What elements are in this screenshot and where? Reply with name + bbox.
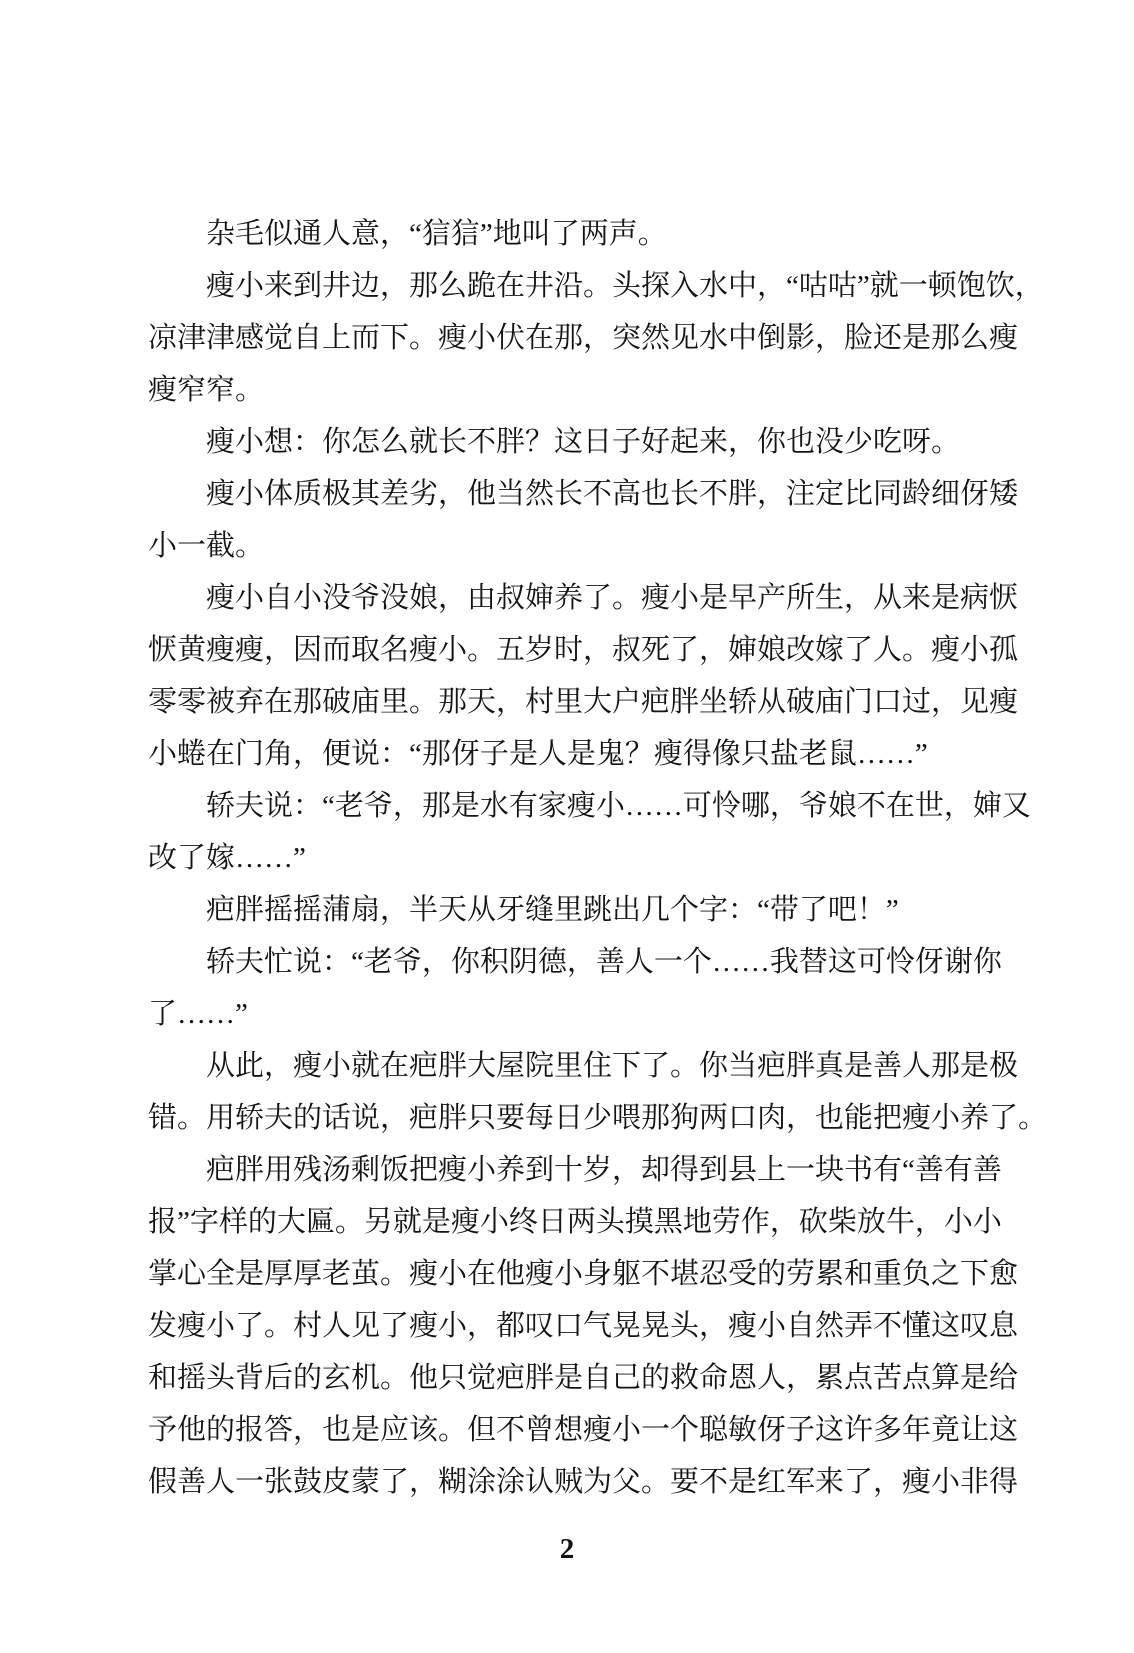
text-line: 凉津津感觉自上而下。瘦小伏在那，突然见水中倒影，脸还是那么瘦 bbox=[148, 312, 998, 364]
text-line: 恹黄瘦瘦，因而取名瘦小。五岁时，叔死了，婶娘改嫁了人。瘦小孤 bbox=[148, 624, 998, 676]
text-line: 小蜷在门角，便说：“那伢子是人是鬼？瘦得像只盐老鼠……” bbox=[148, 728, 998, 780]
text-line: 轿夫说：“老爷，那是水有家瘦小……可怜哪，爷娘不在世，婶又 bbox=[148, 780, 998, 832]
text-line: 瘦小来到井边，那么跪在井沿。头探入水中，“咕咕”就一顿饱饮， bbox=[148, 260, 998, 312]
text-line: 疤胖摇摇蒲扇，半天从牙缝里跳出几个字：“带了吧！” bbox=[148, 884, 998, 936]
text-line: 改了嫁……” bbox=[148, 832, 998, 884]
text-line: 从此，瘦小就在疤胖大屋院里住下了。你当疤胖真是善人那是极 bbox=[148, 1040, 998, 1092]
text-line: 了……” bbox=[148, 988, 998, 1040]
text-line: 发瘦小了。村人见了瘦小，都叹口气晃晃头，瘦小自然弄不懂这叹息 bbox=[148, 1300, 998, 1352]
text-line: 和摇头背后的玄机。他只觉疤胖是自己的救命恩人，累点苦点算是给 bbox=[148, 1352, 998, 1404]
text-line: 疤胖用残汤剩饭把瘦小养到十岁，却得到县上一块书有“善有善 bbox=[148, 1144, 998, 1196]
text-line: 瘦小想：你怎么就长不胖？这日子好起来，你也没少吃呀。 bbox=[148, 416, 998, 468]
page-number: 2 bbox=[0, 1533, 1134, 1566]
text-line: 小一截。 bbox=[148, 520, 998, 572]
text-line: 掌心全是厚厚老茧。瘦小在他瘦小身躯不堪忍受的劳累和重负之下愈 bbox=[148, 1248, 998, 1300]
text-line: 瘦小自小没爷没娘，由叔婶养了。瘦小是早产所生，从来是病恹 bbox=[148, 572, 998, 624]
text-line: 杂毛似通人意，“狺狺”地叫了两声。 bbox=[148, 208, 998, 260]
text-line: 错。用轿夫的话说，疤胖只要每日少喂那狗两口肉，也能把瘦小养了。 bbox=[148, 1092, 998, 1144]
text-line: 零零被弃在那破庙里。那天，村里大户疤胖坐轿从破庙门口过，见瘦 bbox=[148, 676, 998, 728]
text-line: 予他的报答，也是应该。但不曾想瘦小一个聪敏伢子这许多年竟让这 bbox=[148, 1404, 998, 1456]
text-line: 瘦窄窄。 bbox=[148, 364, 998, 416]
text-line: 假善人一张鼓皮蒙了，糊涂涂认贼为父。要不是红军来了，瘦小非得 bbox=[148, 1456, 998, 1508]
text-line: 瘦小体质极其差劣，他当然长不高也长不胖，注定比同龄细伢矮 bbox=[148, 468, 998, 520]
body-text: 杂毛似通人意，“狺狺”地叫了两声。瘦小来到井边，那么跪在井沿。头探入水中，“咕咕… bbox=[148, 208, 998, 1508]
document-page: 杂毛似通人意，“狺狺”地叫了两声。瘦小来到井边，那么跪在井沿。头探入水中，“咕咕… bbox=[0, 0, 1134, 1653]
text-line: 轿夫忙说：“老爷，你积阴德，善人一个……我替这可怜伢谢你 bbox=[148, 936, 998, 988]
text-line: 报”字样的大匾。另就是瘦小终日两头摸黑地劳作，砍柴放牛，小小 bbox=[148, 1196, 998, 1248]
